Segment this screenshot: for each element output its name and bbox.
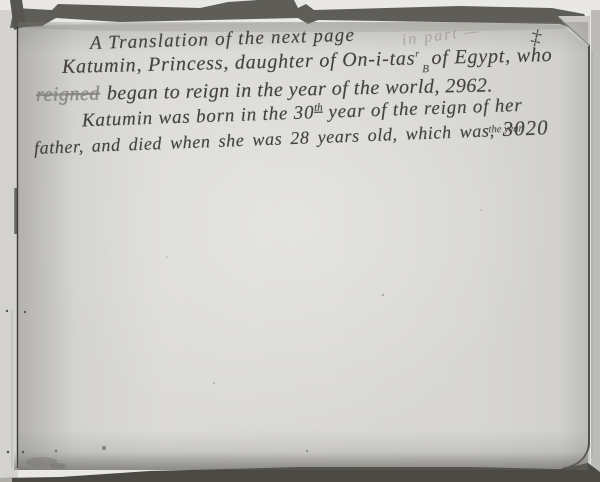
struck-word: reigned bbox=[36, 83, 100, 106]
insertion-mark-below: B bbox=[422, 63, 430, 75]
manuscript-photo: A Translation of the next page in part —… bbox=[0, 0, 600, 482]
left-page-edges bbox=[0, 10, 18, 478]
inserted-words: the year bbox=[488, 123, 523, 135]
line2-end: of Egypt, who bbox=[431, 44, 552, 69]
insertion-mark-above: r bbox=[415, 49, 420, 60]
line5-mid: years old, which was, bbox=[309, 120, 495, 147]
